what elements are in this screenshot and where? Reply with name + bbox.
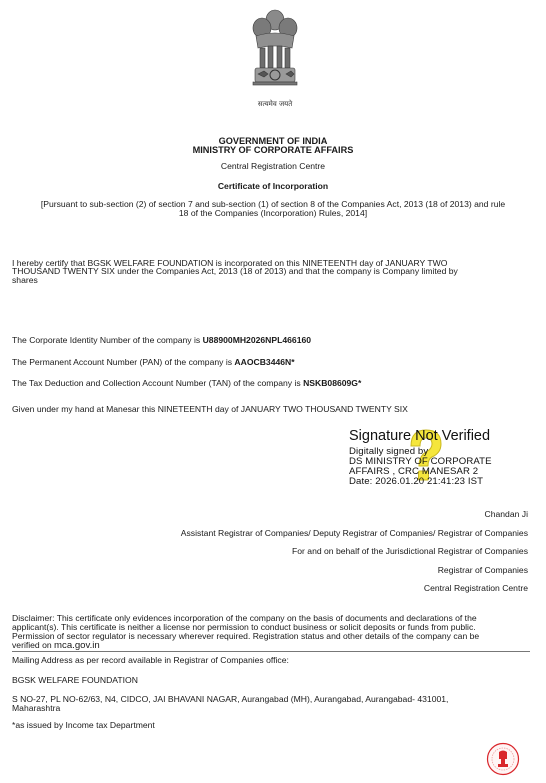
header-ministry: MINISTRY OF CORPORATE AFFAIRS <box>0 145 546 155</box>
mailing-address-line2: Maharashtra <box>12 703 536 713</box>
footnote: *as issued by Income tax Department <box>12 720 536 730</box>
divider <box>12 651 530 652</box>
given-under-text: Given under my hand at Manesar this NINE… <box>12 404 536 414</box>
national-emblem: सत्यमेव जयते <box>242 2 308 110</box>
cin-row: The Corporate Identity Number of the com… <box>12 335 536 345</box>
certificate-title: Certificate of Incorporation <box>0 181 546 191</box>
tan-label: The Tax Deduction and Collection Account… <box>12 378 303 388</box>
mailing-heading: Mailing Address as per record available … <box>12 655 536 665</box>
emblem-motto: सत्यमेव जयते <box>242 100 308 109</box>
signatory-designation: Assistant Registrar of Companies/ Deputy… <box>181 528 528 538</box>
disclaimer-verified-prefix: verified on <box>12 640 54 650</box>
pan-label: The Permanent Account Number (PAN) of th… <box>12 357 234 367</box>
mca-link[interactable]: mca.gov.in <box>54 640 100 651</box>
signature-status: Signature Not Verified <box>349 428 529 444</box>
national-emblem-icon <box>242 2 308 110</box>
header-office: Central Registration Centre <box>0 161 546 171</box>
cin-label: The Corporate Identity Number of the com… <box>12 335 203 345</box>
pursuant-text-line2: 18 of the Companies (Incorporation) Rule… <box>0 208 546 218</box>
signatory-behalf: For and on behalf of the Jurisdictional … <box>292 546 528 556</box>
signature-date: Date: 2026.01.20 21:41:23 IST <box>349 477 529 487</box>
mca-seal <box>486 742 520 776</box>
tan-value: NSKB08609G* <box>303 378 361 388</box>
signatory-registrar: Registrar of Companies <box>438 565 528 575</box>
pan-row: The Permanent Account Number (PAN) of th… <box>12 357 536 367</box>
mailing-company: BGSK WELFARE FOUNDATION <box>12 675 536 685</box>
cin-value: U88900MH2026NPL466160 <box>203 335 311 345</box>
mca-seal-icon <box>486 742 520 776</box>
signatory-centre: Central Registration Centre <box>424 583 528 593</box>
signatory-name: Chandan Ji <box>485 509 528 519</box>
pan-value: AAOCB3446N* <box>234 357 294 367</box>
tan-row: The Tax Deduction and Collection Account… <box>12 378 536 388</box>
certification-line3: shares <box>12 275 536 285</box>
disclaimer-line4: verified on mca.gov.in <box>12 640 536 651</box>
digital-signature-block: Signature Not Verified Digitally signed … <box>349 428 529 487</box>
